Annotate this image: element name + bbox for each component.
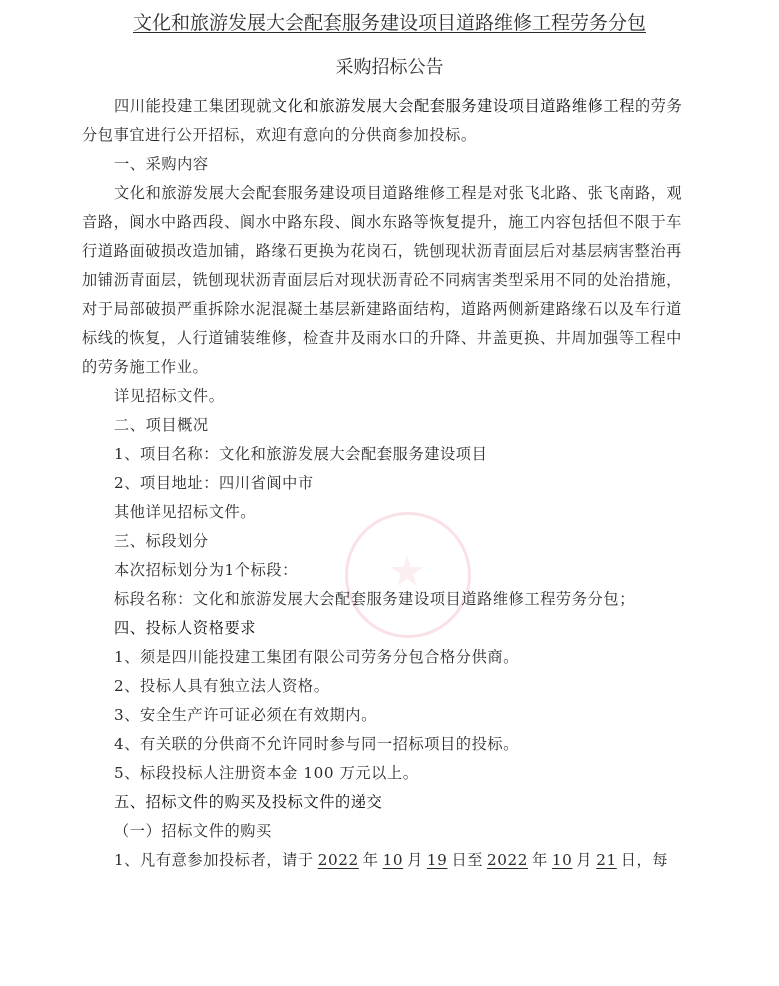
section1-content: 文化和旅游发展大会配套服务建设项目道路维修工程是对张飞北路、张飞南路，观音路，阆… [82,179,692,382]
year-label: 年 [363,851,379,869]
end-month-label: 月 [576,851,592,869]
section3-line1: 本次招标划分为1个标段： [82,556,692,585]
document-body: 四川能投建工集团现就文化和旅游发展大会配套服务建设项目道路维修工程的劳务分包事宜… [82,92,692,875]
section4-heading: 四、投标人资格要求 [82,614,692,643]
section4-item-1: 1、须是四川能投建工集团有限公司劳务分包合格分供商。 [82,643,692,672]
section4-item-2: 2、投标人具有独立法人资格。 [82,672,692,701]
section4-item-5: 5、标段投标人注册资本金 100 万元以上。 [82,759,692,788]
purchase-prefix: 1、凡有意参加投标者，请于 [114,851,314,869]
end-month: 10 [548,851,577,869]
day-label: 日至 [451,851,483,869]
month-label: 月 [407,851,423,869]
section2-note: 其他详见招标文件。 [82,498,692,527]
end-year: 2022 [483,851,532,869]
section2-item-address: 2、项目地址：四川省阆中市 [82,469,692,498]
document-title: 文化和旅游发展大会配套服务建设项目道路维修工程劳务分包 [0,10,779,36]
section2-item-name: 1、项目名称：文化和旅游发展大会配套服务建设项目 [82,440,692,469]
section3-heading: 三、标段划分 [82,527,692,556]
section5-subheading: （一）招标文件的购买 [82,817,692,846]
section3-line2: 标段名称：文化和旅游发展大会配套服务建设项目道路维修工程劳务分包； [82,585,692,614]
document-title-text: 文化和旅游发展大会配套服务建设项目道路维修工程劳务分包 [133,12,646,34]
document-subtitle: 采购招标公告 [0,56,779,80]
intro-emphasis: 文化和旅游发展大会配套服务建设项目道路维修工程 [272,97,635,115]
intro-paragraph: 四川能投建工集团现就文化和旅游发展大会配套服务建设项目道路维修工程的劳务分包事宜… [82,92,692,150]
start-month: 10 [379,851,408,869]
section4-item-3: 3、安全生产许可证必须在有效期内。 [82,701,692,730]
document-page: 文化和旅游发展大会配套服务建设项目道路维修工程劳务分包 采购招标公告 四川能投建… [0,0,779,986]
section2-heading: 二、项目概况 [82,411,692,440]
section5-heading: 五、招标文件的购买及投标文件的递交 [82,788,692,817]
section1-note: 详见招标文件。 [82,382,692,411]
section1-heading: 一、采购内容 [82,150,692,179]
start-day: 19 [423,851,452,869]
section4-item-4: 4、有关联的分供商不允许同时参与同一招标项目的投标。 [82,730,692,759]
start-year: 2022 [314,851,363,869]
intro-prefix: 四川能投建工集团现就 [114,97,272,115]
end-day: 21 [592,851,621,869]
end-day-label: 日，每 [621,851,668,869]
section5-purchase-line: 1、凡有意参加投标者，请于2022年10月19日至2022年10月21日，每 [82,846,692,875]
end-year-label: 年 [532,851,548,869]
